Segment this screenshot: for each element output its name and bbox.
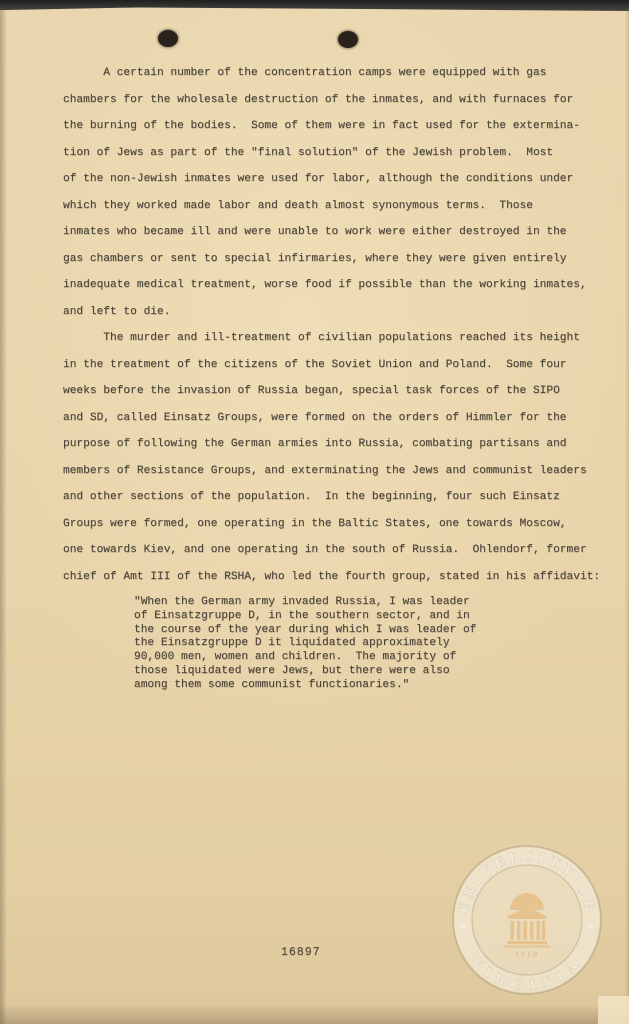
typed-line: A certain number of the concentration ca… [63,60,623,87]
corner-tape-patch [598,996,629,1024]
punch-hole-left [158,30,178,47]
typewritten-text-block: A certain number of the concentration ca… [63,60,623,706]
seal-inner-ring [472,865,582,975]
paragraph-concentration-camps: A certain number of the concentration ca… [63,60,623,325]
typed-line: the course of the year during which I wa… [134,624,623,638]
typed-line: chief of Amt III of the RSHA, who led th… [63,564,623,591]
seal-top-text: UNIVERSITY OF [455,848,599,916]
typed-line: inmates who became ill and were unable t… [63,219,623,246]
seal-dot-left [461,925,465,929]
typed-line: of the non-Jewish inmates were used for … [63,166,623,193]
typed-line: one towards Kiev, and one operating in t… [63,537,623,564]
seal-top-textpath: UNIVERSITY OF [455,848,599,916]
typed-line: and SD, called Einsatz Groups, were form… [63,405,623,432]
typed-line: chambers for the wholesale destruction o… [63,87,623,114]
scanned-document-page: A certain number of the concentration ca… [0,0,629,1024]
page-edge-shadow-left [0,8,7,1024]
paragraph-einsatz-groups: The murder and ill-treatment of civilian… [63,325,623,590]
typed-line: members of Resistance Groups, and exterm… [63,458,623,485]
typed-line: inadequate medical treatment, worse food… [63,272,623,299]
page-number: 16897 [281,946,321,959]
seal-ring-band [463,856,591,984]
seal-outer-ring [453,846,601,994]
page-edge-shadow-right [625,8,629,1024]
scanner-background-strip [0,0,629,11]
typed-line: "When the German army invaded Russia, I … [134,596,623,610]
typed-line: which they worked made labor and death a… [63,193,623,220]
punch-hole-right [338,31,358,48]
typed-line: The murder and ill-treatment of civilian… [63,325,623,352]
ohlendorf-affidavit-quote: "When the German army invaded Russia, I … [134,596,623,706]
page-edge-shadow-bottom [0,1004,629,1024]
typed-line: weeks before the invasion of Russia bega… [63,378,623,405]
seal-bottom-textpath: VIRGINIA [467,953,586,995]
typed-line: among them some communist functionaries.… [134,679,623,693]
typed-line: Groups were formed, one operating in the… [63,511,623,538]
typed-line [134,693,623,707]
typed-line: gas chambers or sent to special infirmar… [63,246,623,273]
rotunda-icon [504,893,550,948]
typed-line: tion of Jews as part of the "final solut… [63,140,623,167]
typed-line: those liquidated were Jews, but there we… [134,665,623,679]
typed-line: the Einsatzgruppe D it liquidated approx… [134,637,623,651]
seal-dot-right [589,925,593,929]
typed-line: of Einsatzgruppe D, in the southern sect… [134,610,623,624]
typed-line: the burning of the bodies. Some of them … [63,113,623,140]
typed-line: 90,000 men, women and children. The majo… [134,651,623,665]
typed-line: and other sections of the population. In… [63,484,623,511]
typed-line: in the treatment of the citizens of the … [63,352,623,379]
seal-year-text: 1819 [515,950,539,959]
typed-line: and left to die. [63,299,623,326]
university-of-virginia-seal-watermark: UNIVERSITY OF VIRGINIA 1819 [447,835,607,1005]
typed-line: purpose of following the German armies i… [63,431,623,458]
seal-bottom-text: VIRGINIA [467,953,586,995]
